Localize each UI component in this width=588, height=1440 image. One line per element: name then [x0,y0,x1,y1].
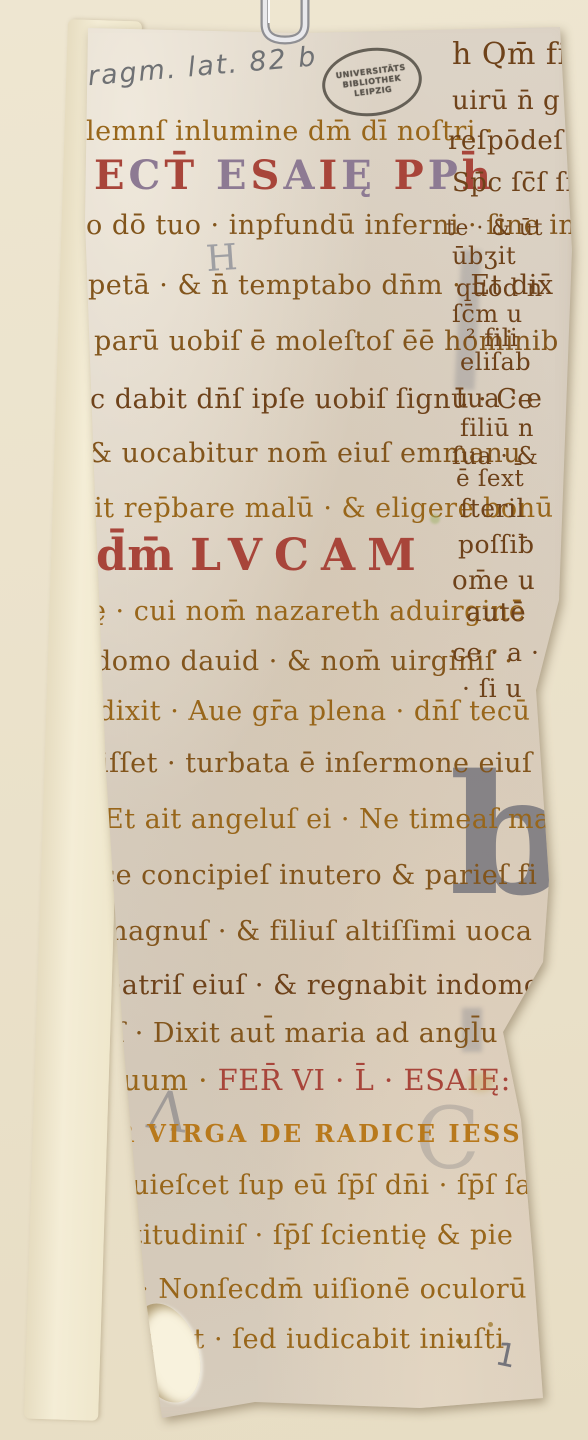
manuscript-text-segment: tua · e [456,384,542,414]
manuscript-line: uirū n̄ g [452,88,560,114]
manuscript-text-segment: ē ſext̄ [456,466,524,492]
manuscript-text-segment: S [251,152,284,199]
photo-background: { "annotations": { "shelfmark": "Fragm. … [0,0,588,1440]
manuscript-text-segment: ce · a · [452,638,539,667]
manuscript-text-segment: ſteril [460,494,525,523]
manuscript-text-segment: R VIRGA DE RADICE IESSE · [114,1119,565,1148]
manuscript-text-segment: d̄m̄ [96,530,190,581]
manuscript-text-segment: Ę [341,152,393,199]
manuscript-text-segment: magnuſ · & filiuſ altiſſimi uoca [102,916,533,947]
manuscript-line: ² fili [466,326,518,350]
manuscript-text-segment: uirū n̄ g [452,86,560,116]
manuscript-text-segment: LVCAM [190,530,428,581]
manuscript-text-segment: quieſcet ſup eū ſp̄ſ dn̄i · ſp̄ſ ſa [114,1170,532,1201]
manuscript-text-segment: h Qm̄ fie [452,37,586,72]
manuscript-text-segment: iſ · Dixit aut̄ maria ad angl̄u · d̄ [106,1018,543,1049]
manuscript-line: ce · a · [452,640,539,665]
manuscript-text-segment: ce concipieſ inutero & parieſ fi [100,860,537,891]
manuscript-text-segment: tuum · [110,1063,218,1097]
manuscript-text-segment: eliſab [460,348,531,376]
manuscript-text-segment: Sp̄c ſc̄ſ ſi [452,168,574,198]
manuscript-line: i · Nonſecdm̄ uiſionē oculorū [122,1276,527,1303]
manuscript-line: iſ · Dixit aut̄ maria ad angl̄u · d̄ [106,1020,543,1047]
manuscript-text-segment: quod n [456,274,543,302]
ink-speck [456,1338,463,1344]
stain-spot [468,1072,494,1092]
manuscript-text-segment: P [521,1063,541,1097]
manuscript-text-segment: ę · cui nom̄ nazareth aduirginē [90,596,525,627]
manuscript-text-segment: poſſiƀ [458,530,535,559]
manuscript-line: patriſ eiuſ · & regnabit indomo [104,972,541,999]
manuscript-text-segment: C [129,152,165,199]
manuscript-line: quieſcet ſup eū ſp̄ſ dn̄i · ſp̄ſ ſa [114,1172,532,1199]
manuscript-line: autē [466,600,526,626]
manuscript-line: ECT̄ ESAIĘ PPh̄ [94,156,495,196]
manuscript-text-segment: om̄e u [452,566,535,596]
manuscript-line: filiū n [460,416,534,440]
manuscript-line: h Qm̄ fie [452,40,586,70]
manuscript-text-segment: I [318,152,341,199]
manuscript-text-segment: autē [466,598,526,628]
paper-clip [256,0,314,52]
manuscript-text-segment: i · Nonſecdm̄ uiſionē oculorū [122,1274,527,1305]
manuscript-text-segment: reſpōdeſ · [448,126,581,156]
paper-clip-icon [256,0,314,48]
manuscript-line: R VIRGA DE RADICE IESSE · [114,1122,565,1146]
manuscript-text-segment: E [94,152,129,199]
ink-speck [488,1322,493,1327]
manuscript-line: ē ſext̄ [456,468,524,491]
manuscript-text-segment: ƀ [561,1063,580,1097]
manuscript-line: ſteril [460,496,525,521]
manuscript-line: lemnſ inlumine dm̄ dī noſtri · [86,118,494,145]
manuscript-line: ę · cui nom̄ nazareth aduirginē [90,598,525,625]
manuscript-line: ſua · & [452,444,538,468]
manuscript-line: d̄m̄ LVCAM [96,534,428,578]
manuscript-text-segment: te · & ūt [446,216,543,241]
manuscript-line: domo dauid · & nom̄ uirginiſ · [94,648,513,675]
manuscript-line: · ſi u [462,676,522,701]
manuscript-line: rtitudiniſ · ſp̄ſ ſcientię & pie [118,1222,513,1249]
manuscript-line: te · & ūt [446,218,543,240]
manuscript-line: Et ait angeluſ ei · Ne timeaſ ma [104,806,551,833]
manuscript-text-segment: iſſet · turbata ē inſermone eiuſ · [100,748,551,779]
manuscript-line: magnuſ · & filiuſ altiſſimi uoca [102,918,533,945]
manuscript-line: om̄e u [452,568,535,594]
stain-spot [430,514,440,524]
manuscript-line: poſſiƀ [458,532,535,557]
manuscript-line: quod n [456,276,543,300]
manuscript-text-segment: rtitudiniſ · ſp̄ſ ſcientię & pie [118,1220,513,1251]
manuscript-line: ūbʒit [452,244,516,268]
manuscript-text-segment: lemnſ inlumine dm̄ dī noſtri · [86,116,494,147]
manuscript-text-segment: patriſ eiuſ · & regnabit indomo [104,970,541,1001]
manuscript-text-segment: T̄ [164,152,216,199]
manuscript-text-segment: filiū n [460,414,534,442]
manuscript-text-segment: Et ait angeluſ ei · Ne timeaſ ma [104,804,551,835]
manuscript-text-segment: P [541,1063,561,1097]
parchment-wrapper: H b Λ C Fragm. lat. 82 b UNIVERSITÄTS BI… [0,0,588,1440]
manuscript-line: reſpōdeſ · [448,128,581,154]
manuscript-line: tua · e [456,386,542,412]
manuscript-text-segment: · ſi u [462,674,522,703]
manuscript-line: tuum · FER̄ VI · L̄ · ESAIĘ: PPƀ [110,1066,580,1095]
manuscript-text-segment: A [283,152,318,199]
manuscript-line: ce concipieſ inutero & parieſ fi [100,862,537,889]
manuscript-text-segment: P [394,152,428,199]
manuscript-text-segment: petā · & n̄ temptabo dn̄m · [88,270,470,301]
parchment-fragment: H b Λ C Fragm. lat. 82 b UNIVERSITÄTS BI… [0,0,588,1440]
manuscript-text-segment: E [216,152,251,199]
manuscript-text-segment: ūbʒit [452,242,516,270]
manuscript-line: Sp̄c ſc̄ſ ſi [452,170,574,196]
manuscript-text-segment: domo dauid · & nom̄ uirginiſ · [94,646,513,677]
manuscript-line: eliſab [460,350,531,374]
manuscript-line: iſſet · turbata ē inſermone eiuſ · [100,750,551,777]
manuscript-line: ſc̄m u [452,302,523,326]
